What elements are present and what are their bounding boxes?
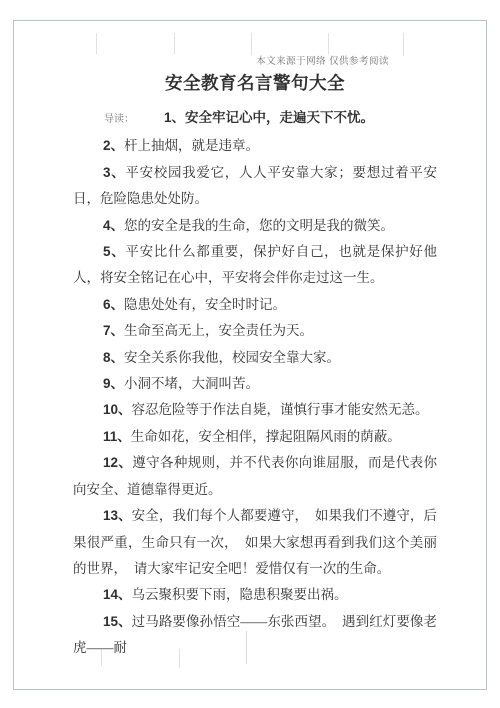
quote-item: 10、容忍危险等于作法自毙，谨慎行事才能安然无恙。	[73, 397, 437, 423]
lead-label: 导读：	[104, 114, 134, 125]
document-body: 导读：1、安全牢记心中，走遍天下不忧。 2、杆上抽烟，就是违章。 3、平安校园我…	[73, 105, 437, 662]
ruler-tick-artifact	[96, 33, 97, 54]
quote-item: 11、生命如花，安全相伴，撑起阻隔风雨的荫蔽。	[73, 424, 437, 450]
quote-text: 您的安全是我的生命，您的文明是我的微笑。	[124, 218, 394, 233]
quote-text: 生命至高无上，安全责任为天。	[124, 323, 313, 338]
quote-number: 13、	[103, 508, 132, 523]
quote-number: 14、	[103, 587, 132, 602]
source-note: 本文来源于网络 仅供参考阅读	[256, 53, 389, 67]
quote-number: 10、	[103, 402, 132, 417]
lead-paragraph: 导读：1、安全牢记心中，走遍天下不忧。	[73, 105, 437, 133]
document-page: 本文来源于网络 仅供参考阅读 安全教育名言警句大全 导读：1、安全牢记心中，走遍…	[13, 20, 487, 690]
ruler-tick-artifact	[174, 33, 175, 54]
quote-number: 3、	[103, 165, 125, 180]
quote-text: 平安校园我爱它，人人平安靠大家；要想过着平安日，危险隐患处处防。	[73, 165, 437, 206]
quote-item: 15、过马路要像孙悟空——东张西望。 遇到红灯要像老虎——耐	[73, 609, 437, 662]
quote-item: 6、隐患处处有，安全时时记。	[73, 292, 437, 318]
quote-item: 2、杆上抽烟，就是违章。	[73, 133, 437, 159]
quote-item: 4、您的安全是我的生命，您的文明是我的微笑。	[73, 213, 437, 239]
quote-number: 1、	[164, 110, 185, 125]
quote-text: 平安比什么都重要，保护好自己，也就是保护好他人，将安全铭记在心中，平安将会伴你走…	[73, 244, 437, 285]
quote-number: 9、	[103, 376, 124, 391]
quote-number: 2、	[103, 138, 124, 153]
quote-number: 12、	[103, 455, 132, 470]
quote-item: 3、平安校园我爱它，人人平安靠大家；要想过着平安日，危险隐患处处防。	[73, 160, 437, 213]
quote-number: 11、	[103, 429, 131, 444]
quote-text: 小洞不堵，大洞叫苦。	[124, 376, 259, 391]
page-title: 安全教育名言警句大全	[73, 70, 437, 95]
quote-text: 生命如花，安全相伴，撑起阻隔风雨的荫蔽。	[131, 429, 401, 444]
quote-item: 8、安全关系你我他，校园安全靠大家。	[73, 345, 437, 371]
quote-item: 9、小洞不堵，大洞叫苦。	[73, 371, 437, 397]
quote-text: 隐患处处有，安全时时记。	[124, 297, 286, 312]
quote-text: 杆上抽烟，就是违章。	[124, 138, 259, 153]
quote-item: 13、安全，我们每个人都要遵守， 如果我们不遵守，后果很严重，生命只有一次， 如…	[73, 503, 437, 582]
quote-item: 7、生命至高无上，安全责任为天。	[73, 318, 437, 344]
quote-text: 乌云聚积要下雨，隐患积聚要出祸。	[132, 587, 348, 602]
quote-item: 14、乌云聚积要下雨，隐患积聚要出祸。	[73, 582, 437, 608]
quote-number: 4、	[103, 218, 124, 233]
quote-number: 8、	[103, 350, 124, 365]
quote-item: 12、遵守各种规则，并不代表你向谁屈服，而是代表你向安全、道德靠得更近。	[73, 450, 437, 503]
ruler-tick-artifact	[328, 33, 329, 54]
ruler-tick-artifact	[403, 33, 404, 56]
quote-text: 安全关系你我他，校园安全靠大家。	[124, 350, 340, 365]
ruler-tick-artifact	[251, 33, 252, 55]
quote-text: 安全牢记心中，走遍天下不忧。	[185, 110, 374, 125]
quote-number: 5、	[103, 244, 125, 259]
quote-number: 7、	[103, 323, 124, 338]
quote-text: 容忍危险等于作法自毙，谨慎行事才能安然无恙。	[132, 402, 429, 417]
quote-number: 15、	[103, 614, 132, 629]
quote-item: 5、平安比什么都重要，保护好自己，也就是保护好他人，将安全铭记在心中，平安将会伴…	[73, 239, 437, 292]
quote-number: 6、	[103, 297, 124, 312]
